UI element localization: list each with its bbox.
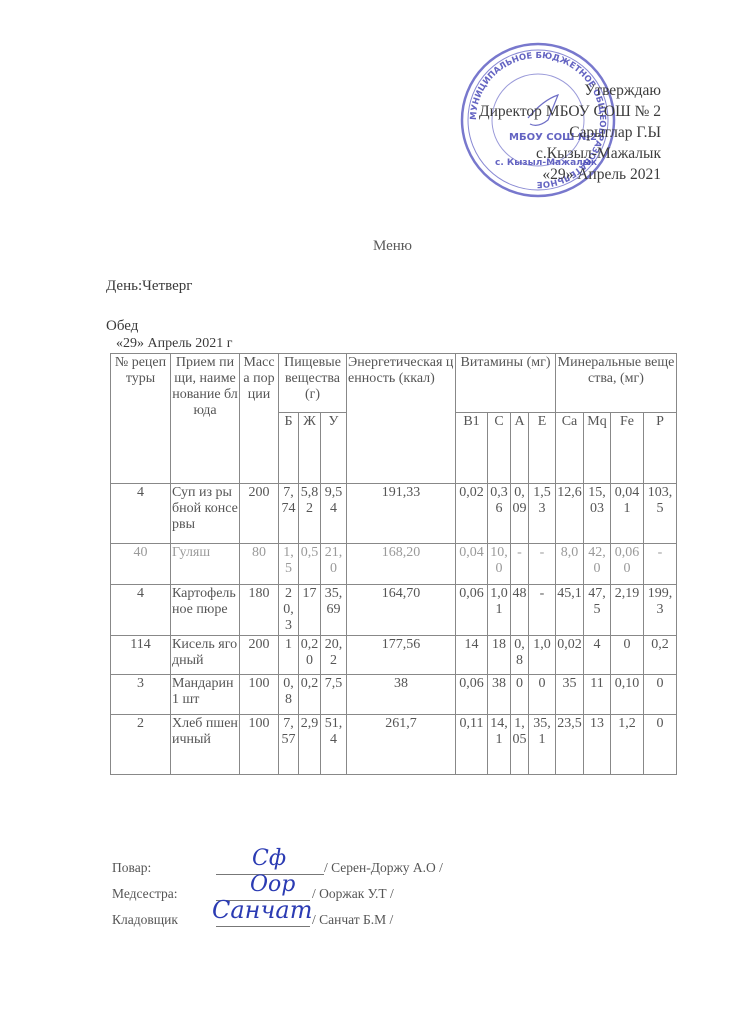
cell-mq: 47,5 — [584, 585, 611, 636]
signature-scribble: Оор — [250, 872, 295, 897]
cell-c: 18 — [488, 636, 511, 675]
table-row: 4Суп из рыбной консервы2007,745,829,5419… — [111, 484, 677, 544]
signature-line — [216, 926, 310, 927]
day-label: День:Четверг — [106, 278, 192, 295]
cell-c: 1,01 — [488, 585, 511, 636]
cell-e: 1,0 — [529, 636, 556, 675]
cell-c: 14,1 — [488, 715, 511, 775]
cell-zh: 17 — [299, 585, 321, 636]
approval-line: с.Кызыл-Мажалык — [479, 143, 661, 164]
meal-label: Обед — [106, 318, 138, 335]
signature-role: Медсестра: — [112, 886, 178, 902]
cell-mq: 4 — [584, 636, 611, 675]
approval-block: Утверждаю Директор МБОУ СОШ № 2 Сарыглар… — [479, 80, 661, 185]
cell-p: - — [644, 544, 677, 585]
signatures: Повар: Сф / Серен-Доржу А.О / Медсестра:… — [112, 860, 512, 940]
cell-mass: 180 — [240, 585, 279, 636]
signature-scribble: Сф — [252, 846, 286, 871]
cell-p: 199,3 — [644, 585, 677, 636]
cell-mq: 42,0 — [584, 544, 611, 585]
table-row: 3Мандарин 1 шт1000,80,27,5380,0638003511… — [111, 675, 677, 715]
cell-mass: 80 — [240, 544, 279, 585]
cell-energy: 191,33 — [347, 484, 456, 544]
cell-e: - — [529, 585, 556, 636]
table-row: 4Картофельное пюре18020,31735,69164,700,… — [111, 585, 677, 636]
cell-mq: 11 — [584, 675, 611, 715]
cell-mass: 200 — [240, 484, 279, 544]
cell-energy: 177,56 — [347, 636, 456, 675]
cell-dish: Мандарин 1 шт — [171, 675, 240, 715]
signature-role: Повар: — [112, 860, 151, 876]
cell-ca: 23,5 — [556, 715, 584, 775]
cell-e: - — [529, 544, 556, 585]
cell-energy: 164,70 — [347, 585, 456, 636]
cell-recipe: 40 — [111, 544, 171, 585]
cell-fe: 2,19 — [611, 585, 644, 636]
header-energy: Энергетическая ценность (ккал) — [347, 354, 456, 484]
header-col: Б — [279, 413, 299, 484]
header-col: E — [529, 413, 556, 484]
cell-a: - — [511, 544, 529, 585]
header-nutrients: Пищевые вещества (г) — [279, 354, 347, 413]
header-col: Ca — [556, 413, 584, 484]
cell-dish: Суп из рыбной консервы — [171, 484, 240, 544]
cell-dish: Гуляш — [171, 544, 240, 585]
cell-b: 20,3 — [279, 585, 299, 636]
header-mass: Масса порции — [240, 354, 279, 484]
cell-ca: 45,1 — [556, 585, 584, 636]
cell-dish: Хлеб пшеничный — [171, 715, 240, 775]
cell-zh: 0,20 — [299, 636, 321, 675]
cell-a: 0 — [511, 675, 529, 715]
cell-u: 9,54 — [321, 484, 347, 544]
header-col: A — [511, 413, 529, 484]
cell-mass: 100 — [240, 715, 279, 775]
table-row: 114Кисель ягодный20010,2020,2177,5614180… — [111, 636, 677, 675]
header-minerals: Минеральные вещества, (мг) — [556, 354, 677, 413]
cell-dish: Кисель ягодный — [171, 636, 240, 675]
cell-a: 0,09 — [511, 484, 529, 544]
cell-a: 1,05 — [511, 715, 529, 775]
cell-zh: 0,2 — [299, 675, 321, 715]
cell-recipe: 114 — [111, 636, 171, 675]
cell-b1: 14 — [456, 636, 488, 675]
cell-p: 0,2 — [644, 636, 677, 675]
approval-line: Утверждаю — [479, 80, 661, 101]
cell-recipe: 2 — [111, 715, 171, 775]
cell-fe: 0,041 — [611, 484, 644, 544]
cell-b1: 0,11 — [456, 715, 488, 775]
cell-zh: 2,9 — [299, 715, 321, 775]
menu-table: № рецептуры Прием пищи, наименование блю… — [110, 353, 677, 775]
cell-c: 38 — [488, 675, 511, 715]
cell-mq: 13 — [584, 715, 611, 775]
header-col: У — [321, 413, 347, 484]
header-vitamins: Витамины (мг) — [456, 354, 556, 413]
cell-ca: 8,0 — [556, 544, 584, 585]
cell-e: 0 — [529, 675, 556, 715]
table-row: 2Хлеб пшеничный1007,572,951,4261,70,1114… — [111, 715, 677, 775]
cell-mass: 100 — [240, 675, 279, 715]
signature-role: Кладовщик — [112, 912, 178, 928]
cell-energy: 261,7 — [347, 715, 456, 775]
cell-recipe: 4 — [111, 484, 171, 544]
cell-b: 7,74 — [279, 484, 299, 544]
cell-ca: 35 — [556, 675, 584, 715]
cell-fe: 0,060 — [611, 544, 644, 585]
cell-a: 48 — [511, 585, 529, 636]
header-col: Ж — [299, 413, 321, 484]
signature-name: / Ооржак У.Т / — [312, 886, 394, 902]
cell-fe: 0 — [611, 636, 644, 675]
cell-energy: 38 — [347, 675, 456, 715]
cell-b1: 0,02 — [456, 484, 488, 544]
cell-c: 10,0 — [488, 544, 511, 585]
cell-u: 21,0 — [321, 544, 347, 585]
signature-name: / Серен-Доржу А.О / — [324, 860, 443, 876]
cell-u: 7,5 — [321, 675, 347, 715]
cell-p: 0 — [644, 675, 677, 715]
cell-c: 0,36 — [488, 484, 511, 544]
signature-name: / Санчат Б.М / — [312, 912, 393, 928]
cell-u: 35,69 — [321, 585, 347, 636]
cell-energy: 168,20 — [347, 544, 456, 585]
approval-line: «29» Апрель 2021 — [479, 164, 661, 185]
menu-date: «29» Апрель 2021 г — [116, 336, 232, 352]
cell-p: 103,5 — [644, 484, 677, 544]
header-col: Mq — [584, 413, 611, 484]
cell-u: 20,2 — [321, 636, 347, 675]
cell-zh: 5,82 — [299, 484, 321, 544]
cell-u: 51,4 — [321, 715, 347, 775]
cell-recipe: 4 — [111, 585, 171, 636]
cell-recipe: 3 — [111, 675, 171, 715]
cell-b: 7,57 — [279, 715, 299, 775]
cell-ca: 0,02 — [556, 636, 584, 675]
approval-line: Сарыглар Г.Ы — [479, 122, 661, 143]
header-col: C — [488, 413, 511, 484]
cell-ca: 12,6 — [556, 484, 584, 544]
cell-b1: 0,06 — [456, 585, 488, 636]
cell-mq: 15,03 — [584, 484, 611, 544]
table-row: 40Гуляш801,50,521,0168,200,0410,0--8,042… — [111, 544, 677, 585]
approval-line: Директор МБОУ СОШ № 2 — [479, 101, 661, 122]
cell-fe: 1,2 — [611, 715, 644, 775]
cell-p: 0 — [644, 715, 677, 775]
header-col: P — [644, 413, 677, 484]
header-col: B1 — [456, 413, 488, 484]
header-recipe-no: № рецептуры — [111, 354, 171, 484]
signature-scribble: Санчат — [212, 896, 312, 924]
cell-zh: 0,5 — [299, 544, 321, 585]
cell-b: 1 — [279, 636, 299, 675]
cell-e: 1,53 — [529, 484, 556, 544]
cell-mass: 200 — [240, 636, 279, 675]
cell-b1: 0,04 — [456, 544, 488, 585]
header-col: Fe — [611, 413, 644, 484]
cell-dish: Картофельное пюре — [171, 585, 240, 636]
cell-b1: 0,06 — [456, 675, 488, 715]
cell-e: 35,1 — [529, 715, 556, 775]
cell-a: 0,8 — [511, 636, 529, 675]
cell-b: 1,5 — [279, 544, 299, 585]
header-dish: Прием пищи, наименование блюда — [171, 354, 240, 484]
cell-b: 0,8 — [279, 675, 299, 715]
document-title: Меню — [0, 238, 745, 255]
cell-fe: 0,10 — [611, 675, 644, 715]
